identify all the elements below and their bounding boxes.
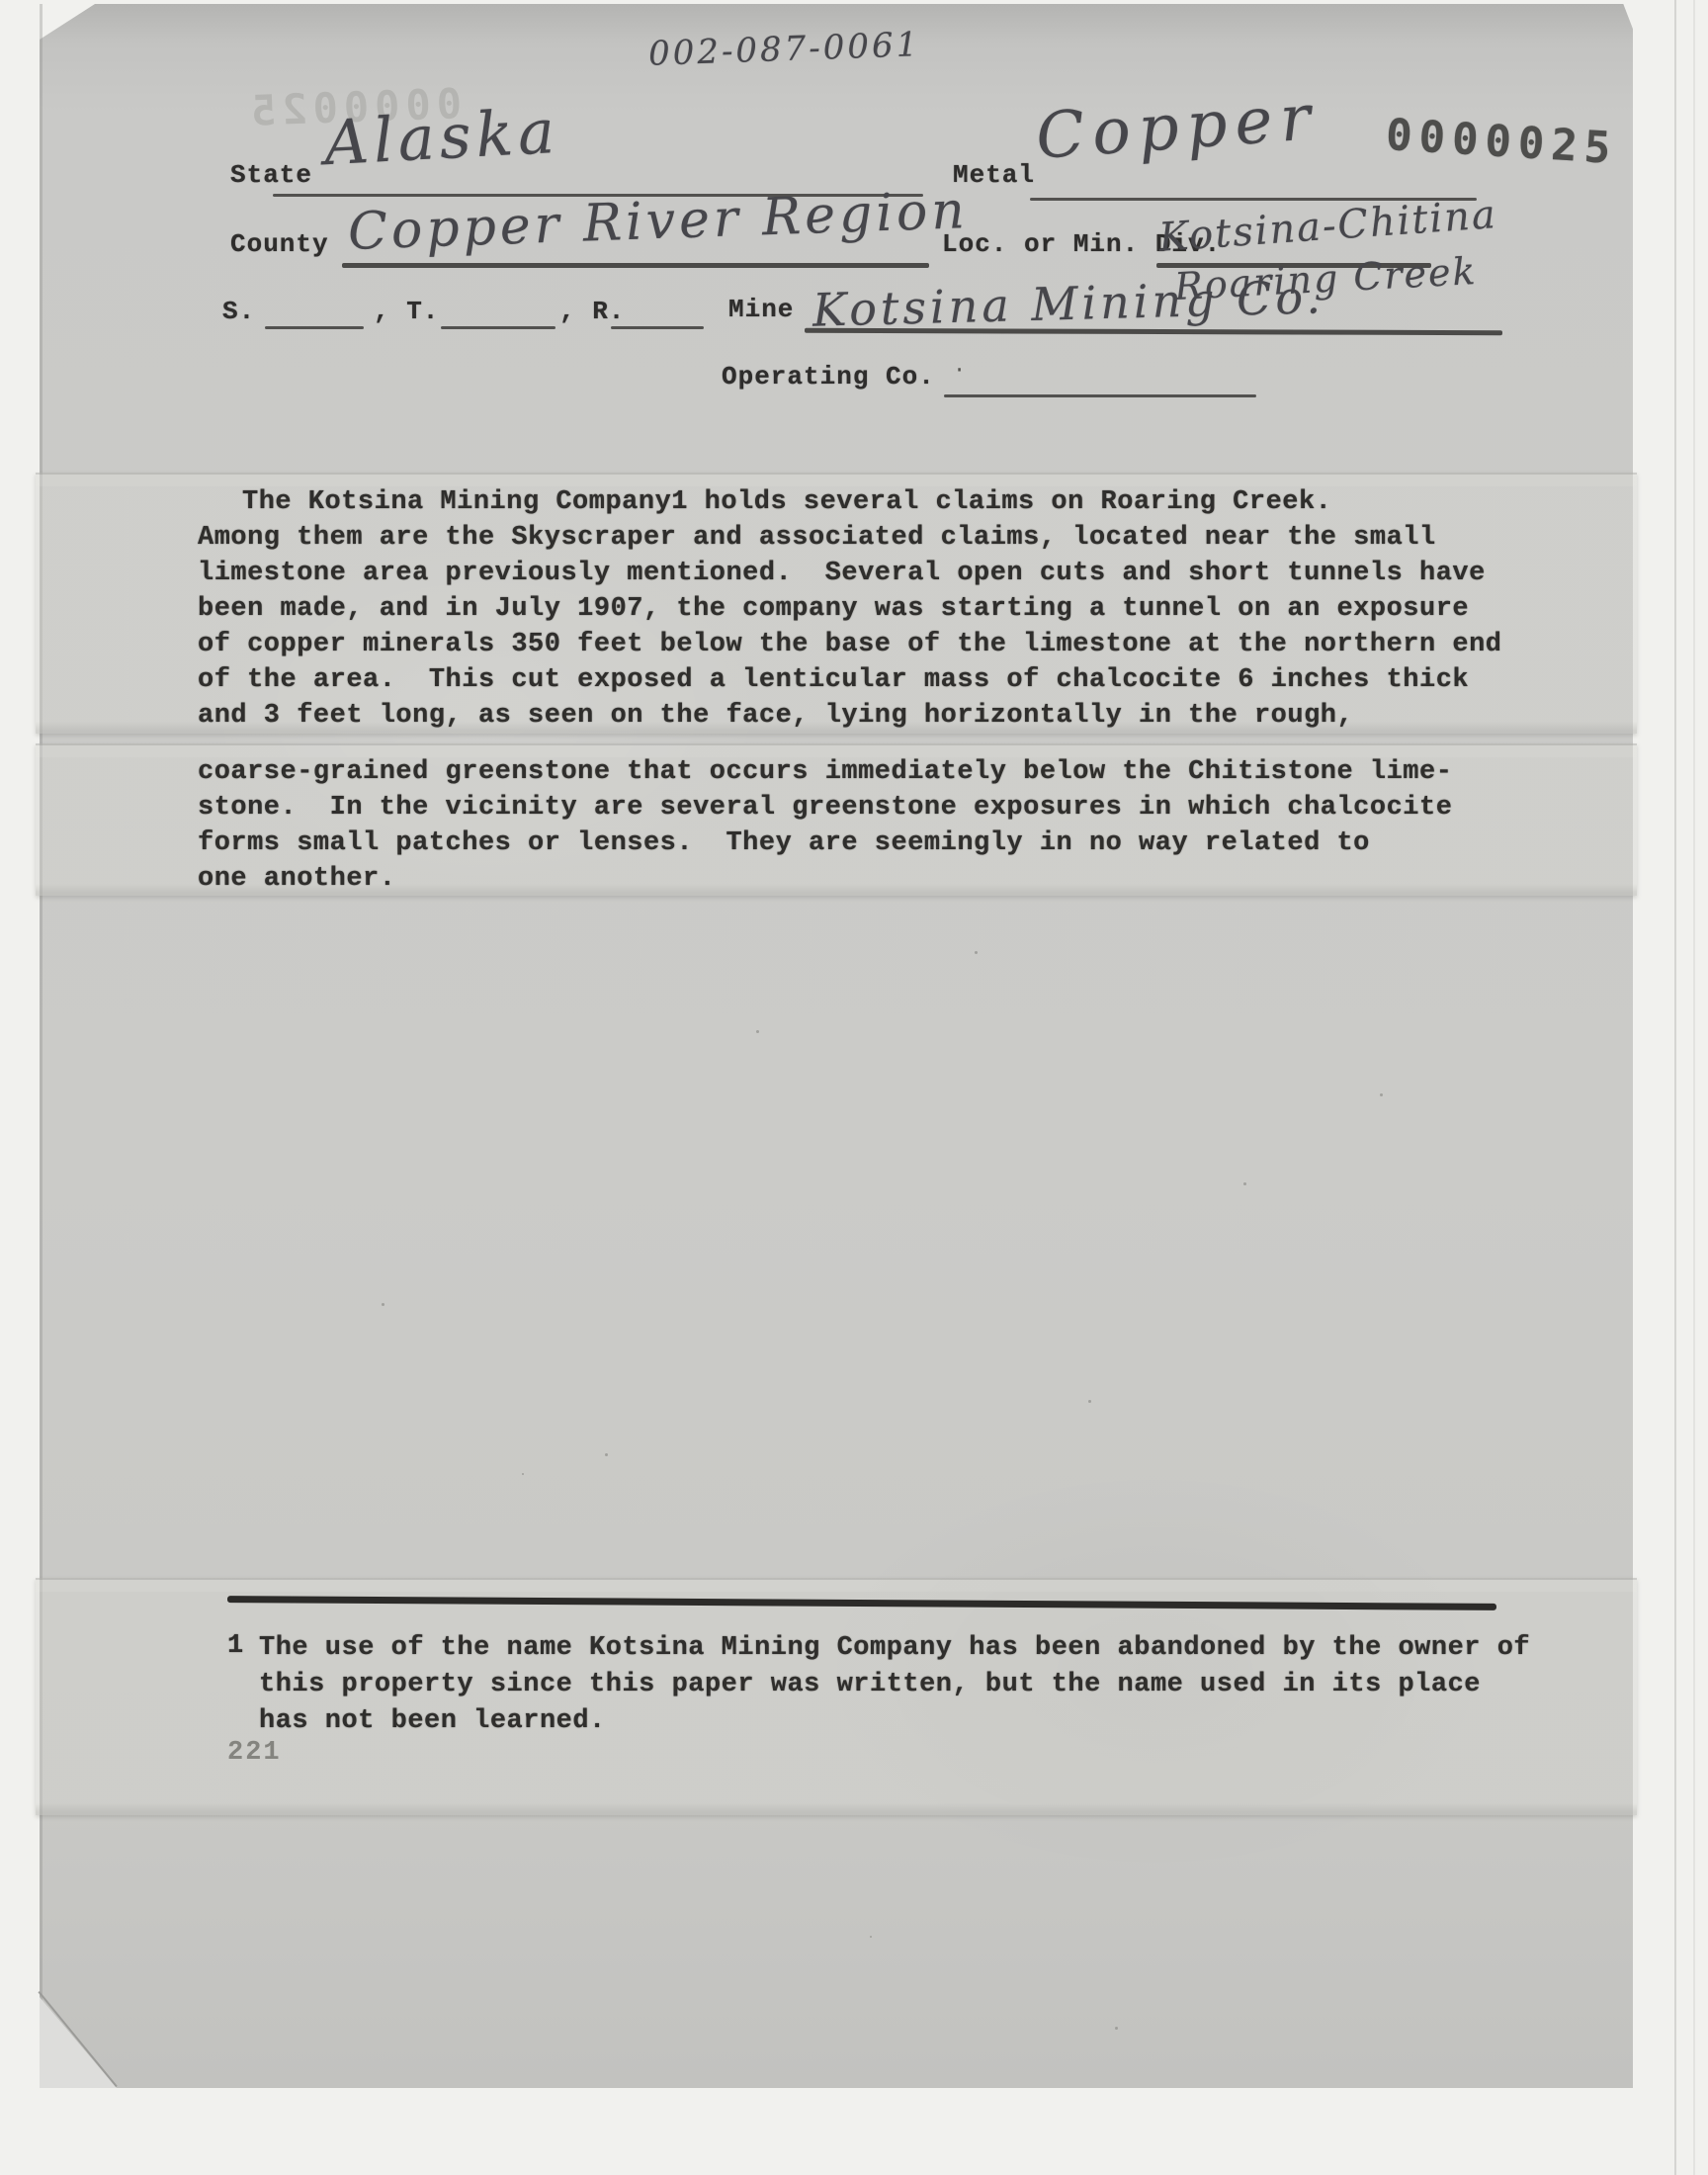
footnote-line: has not been learned.	[259, 1706, 606, 1736]
scanned-document-page: 002-087-0061 0000025 0000025 State Alask…	[0, 0, 1708, 2175]
section-label: S.	[222, 297, 255, 326]
scan-speck	[1243, 1182, 1246, 1185]
state-value-handwriting: Alaska	[322, 95, 560, 179]
mine-label: Mine	[728, 295, 794, 324]
ink-mark: ·	[953, 358, 966, 383]
scan-speck	[605, 1453, 608, 1456]
scan-speck	[870, 1936, 872, 1938]
county-underline	[342, 263, 929, 268]
body-line: forms small patches or lenses. They are …	[198, 828, 1370, 858]
section-blank-underline	[265, 326, 364, 329]
township-blank-underline	[441, 326, 555, 329]
operating-co-label: Operating Co.	[722, 362, 935, 391]
body-line: stone. In the vicinity are several green…	[198, 793, 1452, 823]
footnote-line: this property since this paper was writt…	[259, 1670, 1481, 1699]
county-label: County	[230, 229, 329, 259]
body-line: of copper minerals 350 feet below the ba…	[198, 630, 1502, 659]
body-line: and 3 feet long, as seen on the face, ly…	[198, 701, 1353, 731]
range-blank-underline	[611, 326, 704, 329]
body-line: The Kotsina Mining Company1 holds severa…	[242, 487, 1331, 517]
scanner-edge-line	[1674, 0, 1676, 2175]
scan-speck	[756, 1030, 759, 1033]
state-label: State	[230, 160, 312, 190]
body-line: been made, and in July 1907, the company…	[198, 594, 1469, 624]
footnote-line: The use of the name Kotsina Mining Compa…	[259, 1633, 1530, 1663]
scan-speck	[522, 1473, 524, 1475]
operating-co-underline	[944, 394, 1256, 397]
scan-speck	[975, 951, 978, 954]
body-line: one another.	[198, 864, 395, 894]
scan-speck	[382, 1303, 384, 1306]
scanner-edge-line	[1693, 0, 1695, 2175]
footnote-marker: 1	[227, 1631, 244, 1661]
scan-speck	[1115, 2027, 1118, 2030]
page-number: 221	[227, 1738, 282, 1768]
range-label: , R.	[559, 297, 625, 326]
body-line: Among them are the Skyscraper and associ…	[198, 523, 1436, 553]
body-line: of the area. This cut exposed a lenticul…	[198, 665, 1469, 695]
township-label: , T.	[374, 297, 439, 326]
scan-speck	[1088, 1400, 1091, 1403]
body-line: coarse-grained greenstone that occurs im…	[198, 757, 1452, 787]
scan-speck	[1380, 1093, 1383, 1096]
body-line: limestone area previously mentioned. Sev…	[198, 559, 1486, 588]
